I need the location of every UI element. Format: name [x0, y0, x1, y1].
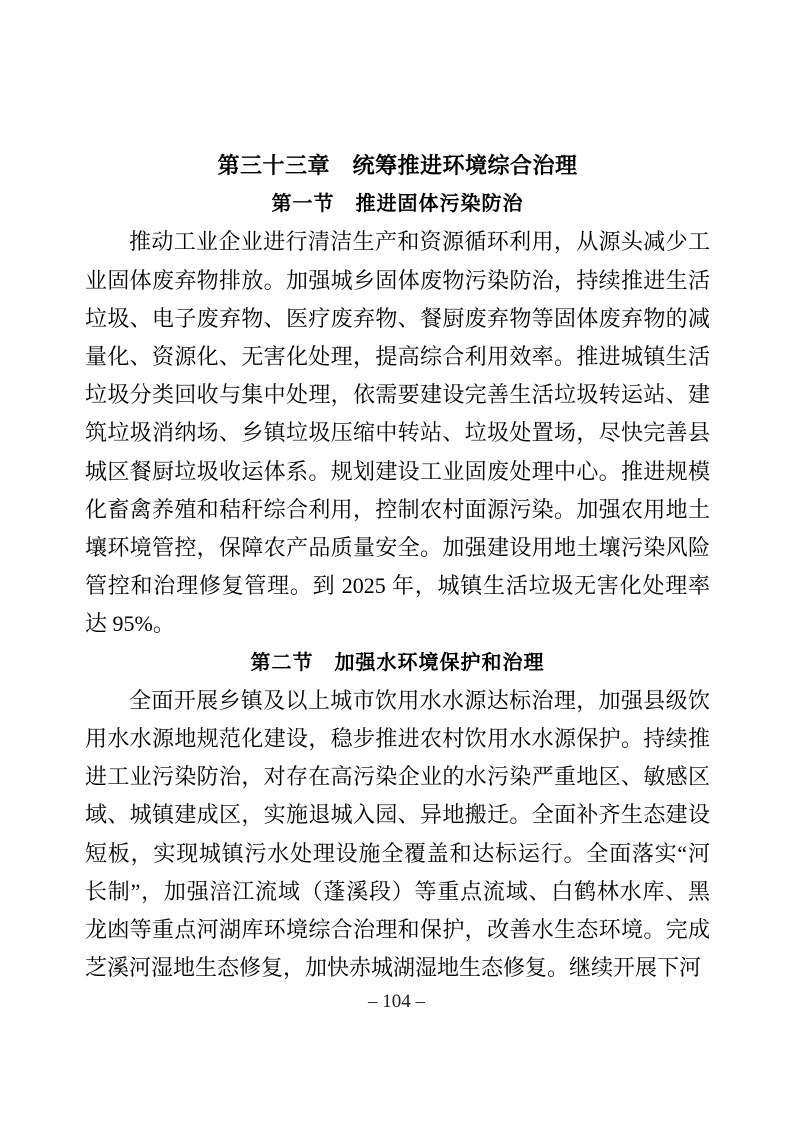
page-number: – 104 – [0, 984, 793, 1020]
document-page: 第三十三章 统筹推进环境综合治理 第一节 推进固体污染防治 推动工业企业进行清洁… [0, 0, 793, 1122]
page-content: 第三十三章 统筹推进环境综合治理 第一节 推进固体污染防治 推动工业企业进行清洁… [0, 0, 793, 987]
section-1-paragraph: 推动工业企业进行清洁生产和资源循环利用，从源头减少工业固体废弃物排放。加强城乡固… [85, 223, 710, 643]
section-2-paragraph: 全面开展乡镇及以上城市饮用水水源达标治理，加强县级饮用水水源地规范化建设，稳步推… [85, 682, 710, 988]
chapter-title: 第三十三章 统筹推进环境综合治理 [85, 147, 710, 185]
section-1-heading: 第一节 推进固体污染防治 [85, 185, 710, 223]
section-2-heading: 第二节 加强水环境保护和治理 [85, 644, 710, 682]
